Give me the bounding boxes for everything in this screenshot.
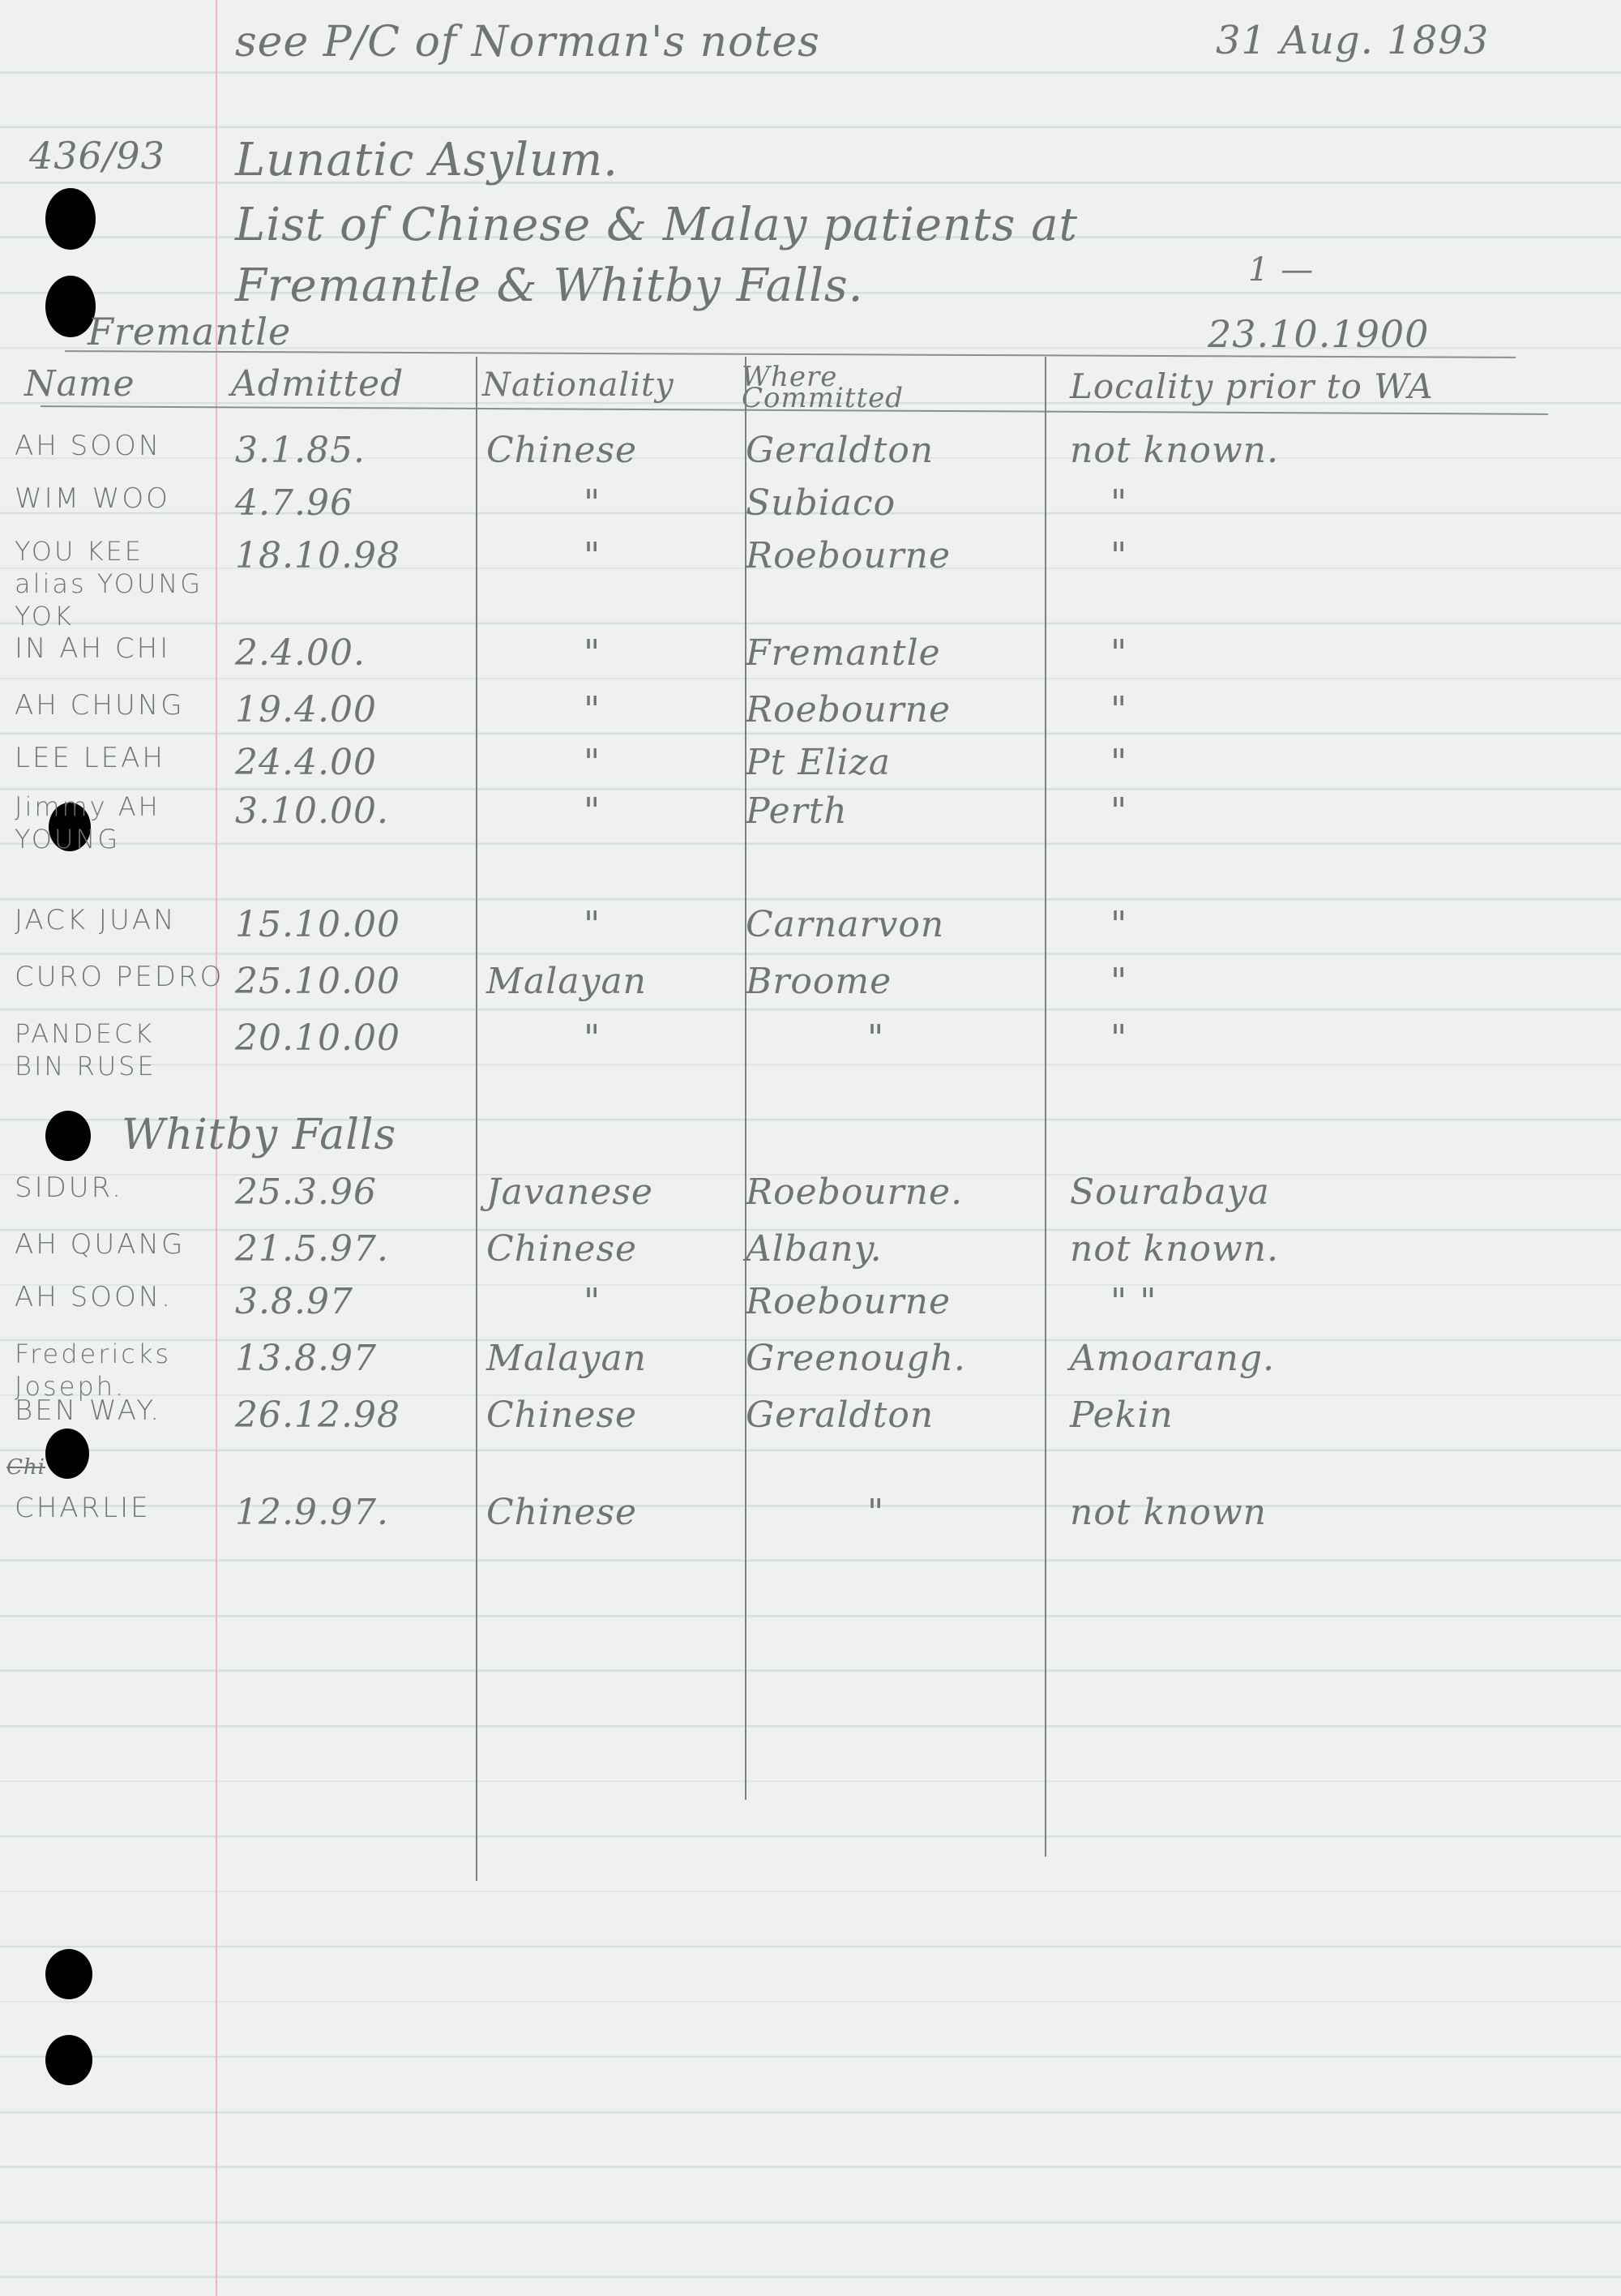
cell-admitted: 25.3.96 [235,1172,377,1213]
cell-committed: " [867,1492,884,1533]
section-heading-fremantle: Fremantle [88,310,291,353]
section-heading-whitby-falls: Whitby Falls [122,1111,396,1159]
cell-admitted: 3.1.85. [235,430,366,471]
top-date: 31 Aug. 1893 [1216,18,1489,63]
list-date: 23.10.1900 [1208,312,1429,356]
cell-committed: Greenough. [746,1338,966,1379]
cell-name: Jimmy AH YOUNG [15,790,209,855]
cell-committed: Roebourne. [746,1172,963,1213]
cell-name: LEE LEAH [15,742,165,774]
cell-admitted: 20.10.00 [235,1017,400,1059]
cell-committed: Subiaco [746,482,896,524]
column-header-admitted: Admitted [231,363,404,405]
cell-committed: Roebourne [746,1281,951,1322]
cell-committed: Pt Eliza [746,742,891,783]
cell-committed: Perth [746,790,848,832]
cell-name: AH CHUNG [15,689,185,722]
column-header-locality: Locality prior to WA [1070,366,1434,406]
cell-name: JACK JUAN [15,904,177,936]
cell-locality: Amoarang. [1070,1338,1275,1379]
cell-nationality: " [584,1017,601,1059]
file-reference: 436/93 [29,134,165,178]
cell-admitted: 3.10.00. [235,790,389,832]
document-subtitle-2: Fremantle & Whitby Falls. [235,259,863,312]
column-header-name: Name [24,363,135,405]
cell-nationality: " [584,790,601,832]
cell-locality: " [1110,790,1127,832]
cell-name: Fredericks Joseph. [15,1338,209,1403]
cell-nationality: Chinese [486,1228,637,1270]
punch-hole [45,1949,92,1999]
cell-nationality: " [584,482,601,524]
cell-locality: " [1110,961,1127,1002]
punch-hole [45,2035,92,2085]
cell-admitted: 15.10.00 [235,904,400,945]
cell-admitted: 25.10.00 [235,961,400,1002]
cell-committed: Roebourne [746,535,951,576]
cell-admitted: 2.4.00. [235,632,366,674]
cell-name: CHARLIE [15,1492,151,1524]
cell-nationality: Chinese [486,430,637,471]
top-note: see P/C of Norman's notes [235,18,820,66]
punch-hole [45,1429,89,1479]
cell-locality: " [1110,904,1127,945]
cell-name: AH SOON. [15,1281,173,1313]
cell-committed: Broome [746,961,892,1002]
cell-admitted: 26.12.98 [235,1394,400,1436]
cell-locality: " [1110,482,1127,524]
cell-committed: Roebourne [746,689,951,730]
cell-nationality: Chinese [486,1492,637,1533]
title-mark: 1 — [1248,251,1314,289]
cell-nationality: Chinese [486,1394,637,1436]
column-header-nationality: Nationality [482,366,674,404]
cell-name: WIM WOO [15,482,170,515]
cell-name: SIDUR. [15,1172,123,1204]
cell-nationality: " [584,535,601,576]
cell-name: AH SOON [15,430,161,462]
cell-admitted: 4.7.96 [235,482,353,524]
column-header-committed: Where Committed [742,366,985,409]
cell-locality: not known. [1070,430,1279,471]
cell-locality: " [1110,1017,1127,1059]
cell-nationality: " [584,742,601,783]
cell-admitted: 24.4.00 [235,742,377,783]
cell-nationality: " [584,1281,601,1322]
cell-committed: Albany. [746,1228,883,1270]
cell-committed: Geraldton [746,1394,934,1436]
cell-committed: Geraldton [746,430,934,471]
cell-nationality: " [584,904,601,945]
punch-hole [45,1111,91,1161]
cell-locality: " [1110,689,1127,730]
column-divider [1045,357,1046,1857]
column-divider [476,357,477,1881]
cell-admitted: 21.5.97. [235,1228,389,1270]
cell-admitted: 3.8.97 [235,1281,353,1322]
cell-locality: Pekin [1070,1394,1174,1436]
cell-name: BEN WAY. [15,1394,161,1427]
document-subtitle: List of Chinese & Malay patients at [235,199,1078,251]
cell-admitted: 13.8.97 [235,1338,377,1379]
cell-name: AH QUANG [15,1228,185,1261]
cell-name: YOU KEE alias YOUNG YOK [15,535,209,632]
cell-locality: not known [1070,1492,1267,1533]
cell-nationality: " [584,632,601,674]
cell-name: CURO PEDRO [15,961,224,993]
cell-admitted: 18.10.98 [235,535,400,576]
cell-locality: " [1110,535,1127,576]
cell-committed: " [867,1017,884,1059]
document-title: Lunatic Asylum. [235,134,618,186]
cell-admitted: 19.4.00 [235,689,377,730]
cell-nationality: Malayan [486,961,647,1002]
punch-hole [45,188,96,250]
cell-locality: " [1110,742,1127,783]
cell-nationality: Javanese [486,1172,653,1213]
cell-locality: Sourabaya [1070,1172,1270,1213]
cell-committed: Carnarvon [746,904,944,945]
cell-name: PANDECK BIN RUSE [15,1017,209,1082]
struck-note: Chi [6,1455,45,1480]
cell-locality: " " [1110,1281,1157,1322]
cell-admitted: 12.9.97. [235,1492,389,1533]
cell-nationality: " [584,689,601,730]
cell-locality: " [1110,632,1127,674]
cell-nationality: Malayan [486,1338,647,1379]
cell-locality: not known. [1070,1228,1279,1270]
cell-name: IN AH CHI [15,632,170,665]
cell-committed: Fremantle [746,632,941,674]
